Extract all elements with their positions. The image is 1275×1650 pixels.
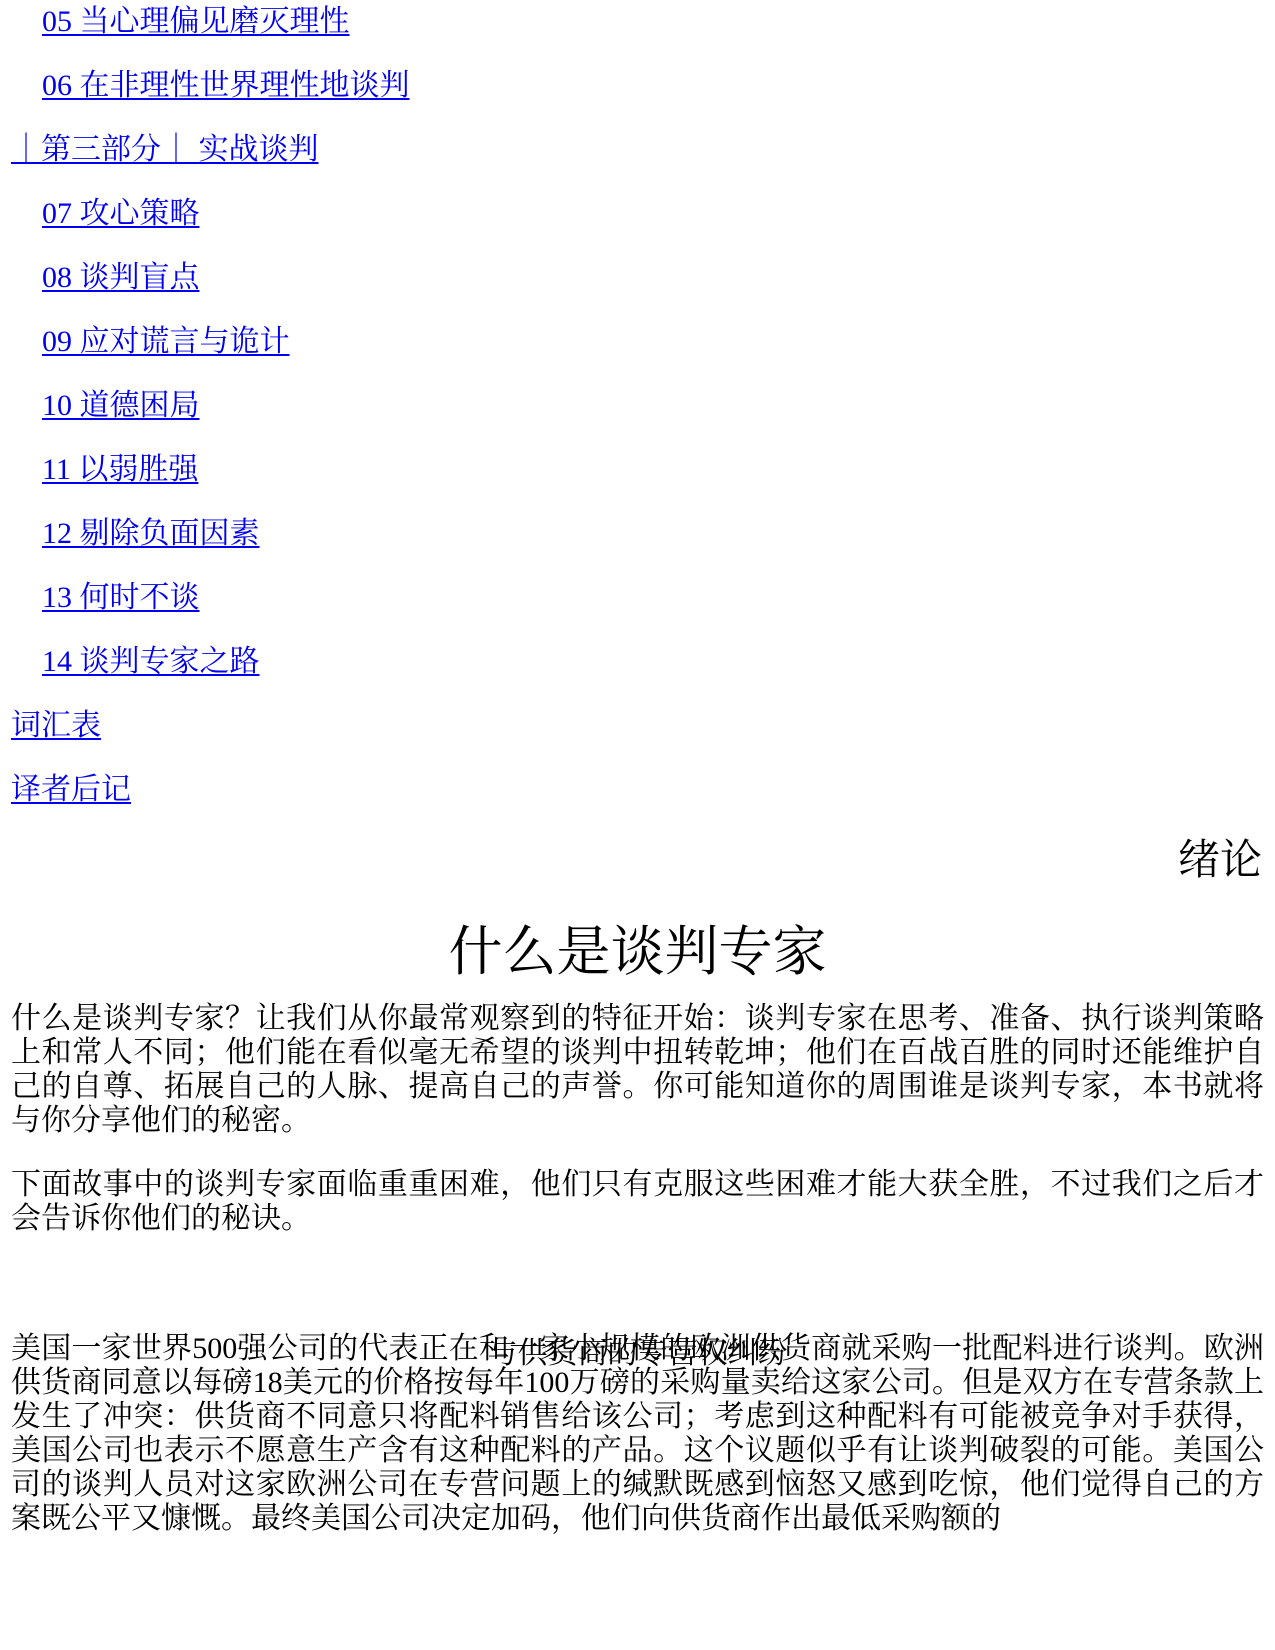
toc-link-chapter-10[interactable]: 10 道德困局 [42, 388, 200, 424]
chapter-label: 绪论 [1178, 836, 1262, 886]
toc-link-chapter-14[interactable]: 14 谈判专家之路 [42, 644, 260, 680]
toc-link-chapter-12[interactable]: 12 剔除负面因素 [42, 516, 260, 552]
toc-link-chapter-06[interactable]: 06 在非理性世界理性地谈判 [42, 68, 410, 104]
toc-link-chapter-07[interactable]: 07 攻心策略 [42, 196, 200, 232]
toc-link-glossary[interactable]: 词汇表 [11, 708, 101, 744]
toc-link-translator-afterword[interactable]: 译者后记 [11, 772, 131, 808]
section-paragraph-1: 美国一家世界500强公司的代表正在和一家小规模的欧洲供货商就采购一批配料进行谈判… [11, 1332, 1264, 1536]
toc-link-part-three[interactable]: ｜第三部分｜ 实战谈判 [11, 132, 319, 168]
intro-paragraph-1: 什么是谈判专家？让我们从你最常观察到的特征开始：谈判专家在思考、准备、执行谈判策… [11, 1002, 1264, 1138]
toc-link-chapter-05[interactable]: 05 当心理偏见磨灭理性 [42, 4, 350, 40]
toc-link-chapter-09[interactable]: 09 应对谎言与诡计 [42, 324, 290, 360]
toc-link-chapter-08[interactable]: 08 谈判盲点 [42, 260, 200, 296]
toc-link-chapter-11[interactable]: 11 以弱胜强 [42, 452, 198, 488]
toc-link-chapter-13[interactable]: 13 何时不谈 [42, 580, 200, 616]
intro-paragraph-2: 下面故事中的谈判专家面临重重困难，他们只有克服这些困难才能大获全胜，不过我们之后… [11, 1168, 1264, 1236]
chapter-title: 什么是谈判专家 [0, 920, 1275, 984]
